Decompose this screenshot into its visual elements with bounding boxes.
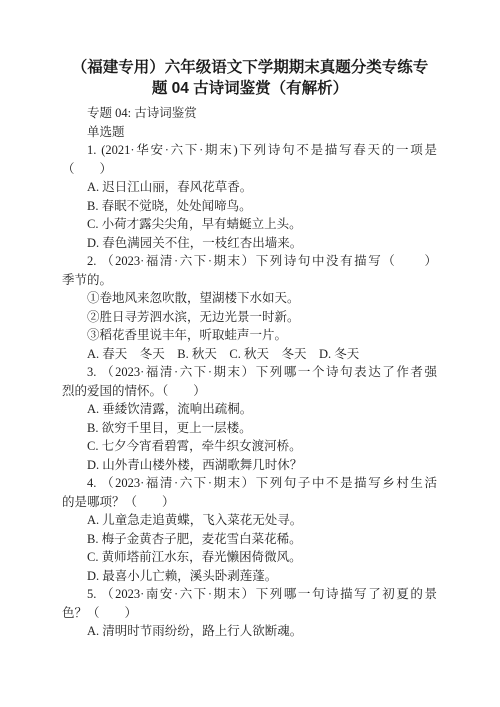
topic-subtitle: 专题 04: 古诗词鉴赏	[62, 104, 437, 123]
question-2-stem-line-1: 2. （2023·福清·六下·期末）下列诗句中没有描写（ ）	[62, 252, 437, 271]
question-5: 5. （2023·南安·六下·期末）下列哪一句诗描写了初夏的景 色？（ ） A.…	[62, 585, 437, 641]
question-2-options-line: A. 春天 冬天 B. 秋天 C. 秋天 冬天 D. 冬天	[62, 345, 437, 364]
question-1: 1. (2021·华安·六下·期末)下列诗句不是描写春天的一项是 （ ） A. …	[62, 141, 437, 252]
question-2-stem-line-2: 季节的。	[62, 271, 437, 290]
question-4-stem-line-2: 的是哪项？（ ）	[62, 493, 437, 512]
question-3: 3. （2023·福清·六下·期末）下列哪一个诗句表达了作者强 烈的爱国的情怀。…	[62, 363, 437, 474]
question-1-option-a: A. 迟日江山丽，春风花草香。	[62, 178, 437, 197]
document-title: （福建专用）六年级语文下学期期末真题分类专练专 题 04 古诗词鉴赏（有解析）	[0, 57, 500, 99]
question-5-option-a: A. 清明时节雨纷纷，路上行人欲断魂。	[62, 622, 437, 641]
document-page: （福建专用）六年级语文下学期期末真题分类专练专 题 04 古诗词鉴赏（有解析） …	[0, 0, 500, 707]
question-5-stem-line-1: 5. （2023·南安·六下·期末）下列哪一句诗描写了初夏的景	[62, 585, 437, 604]
question-1-stem-line-1: 1. (2021·华安·六下·期末)下列诗句不是描写春天的一项是	[62, 141, 437, 160]
question-1-option-c: C. 小荷才露尖尖角，早有蜻蜓立上头。	[62, 215, 437, 234]
question-4-option-b: B. 梅子金黄杏子肥，麦花雪白菜花稀。	[62, 530, 437, 549]
question-4-option-a: A. 儿童急走追黄蝶，飞入菜花无处寻。	[62, 511, 437, 530]
document-title-line-2: 题 04 古诗词鉴赏（有解析）	[0, 78, 500, 99]
question-2: 2. （2023·福清·六下·期末）下列诗句中没有描写（ ） 季节的。 ①卷地风…	[62, 252, 437, 363]
question-5-stem-line-2: 色？（ ）	[62, 604, 437, 623]
section-heading: 单选题	[62, 123, 437, 142]
question-4: 4. （2023·福清·六下·期末）下列句子中不是描写乡村生活 的是哪项？（ ）…	[62, 474, 437, 585]
question-3-stem-line-2: 烈的爱国的情怀。（ ）	[62, 382, 437, 401]
question-3-option-b: B. 欲穷千里目，更上一层楼。	[62, 419, 437, 438]
question-4-stem-line-1: 4. （2023·福清·六下·期末）下列句子中不是描写乡村生活	[62, 474, 437, 493]
question-2-item-3: ③稻花香里说丰年，听取蛙声一片。	[62, 326, 437, 345]
question-2-item-1: ①卷地风来忽吹散，望湖楼下水如天。	[62, 289, 437, 308]
question-4-option-d: D. 最喜小儿亡赖，溪头卧剥莲蓬。	[62, 567, 437, 586]
question-3-stem-line-1: 3. （2023·福清·六下·期末）下列哪一个诗句表达了作者强	[62, 363, 437, 382]
question-3-option-c: C. 七夕今宵看碧霄，牵牛织女渡河桥。	[62, 437, 437, 456]
question-2-item-2: ②胜日寻芳泗水滨，无边光景一时新。	[62, 308, 437, 327]
question-1-stem-line-2: （ ）	[62, 160, 437, 179]
document-body: 专题 04: 古诗词鉴赏 单选题 1. (2021·华安·六下·期末)下列诗句不…	[62, 104, 437, 641]
question-1-option-d: D. 春色满园关不住，一枝红杏出墙来。	[62, 234, 437, 253]
question-3-option-a: A. 垂緌饮清露，流响出疏桐。	[62, 400, 437, 419]
question-1-option-b: B. 春眠不觉晓，处处闻啼鸟。	[62, 197, 437, 216]
question-4-option-c: C. 黄师塔前江水东，春光懒困倚微风。	[62, 548, 437, 567]
question-3-option-d: D. 山外青山楼外楼，西湖歌舞几时休？	[62, 456, 437, 475]
document-title-line-1: （福建专用）六年级语文下学期期末真题分类专练专	[0, 57, 500, 78]
